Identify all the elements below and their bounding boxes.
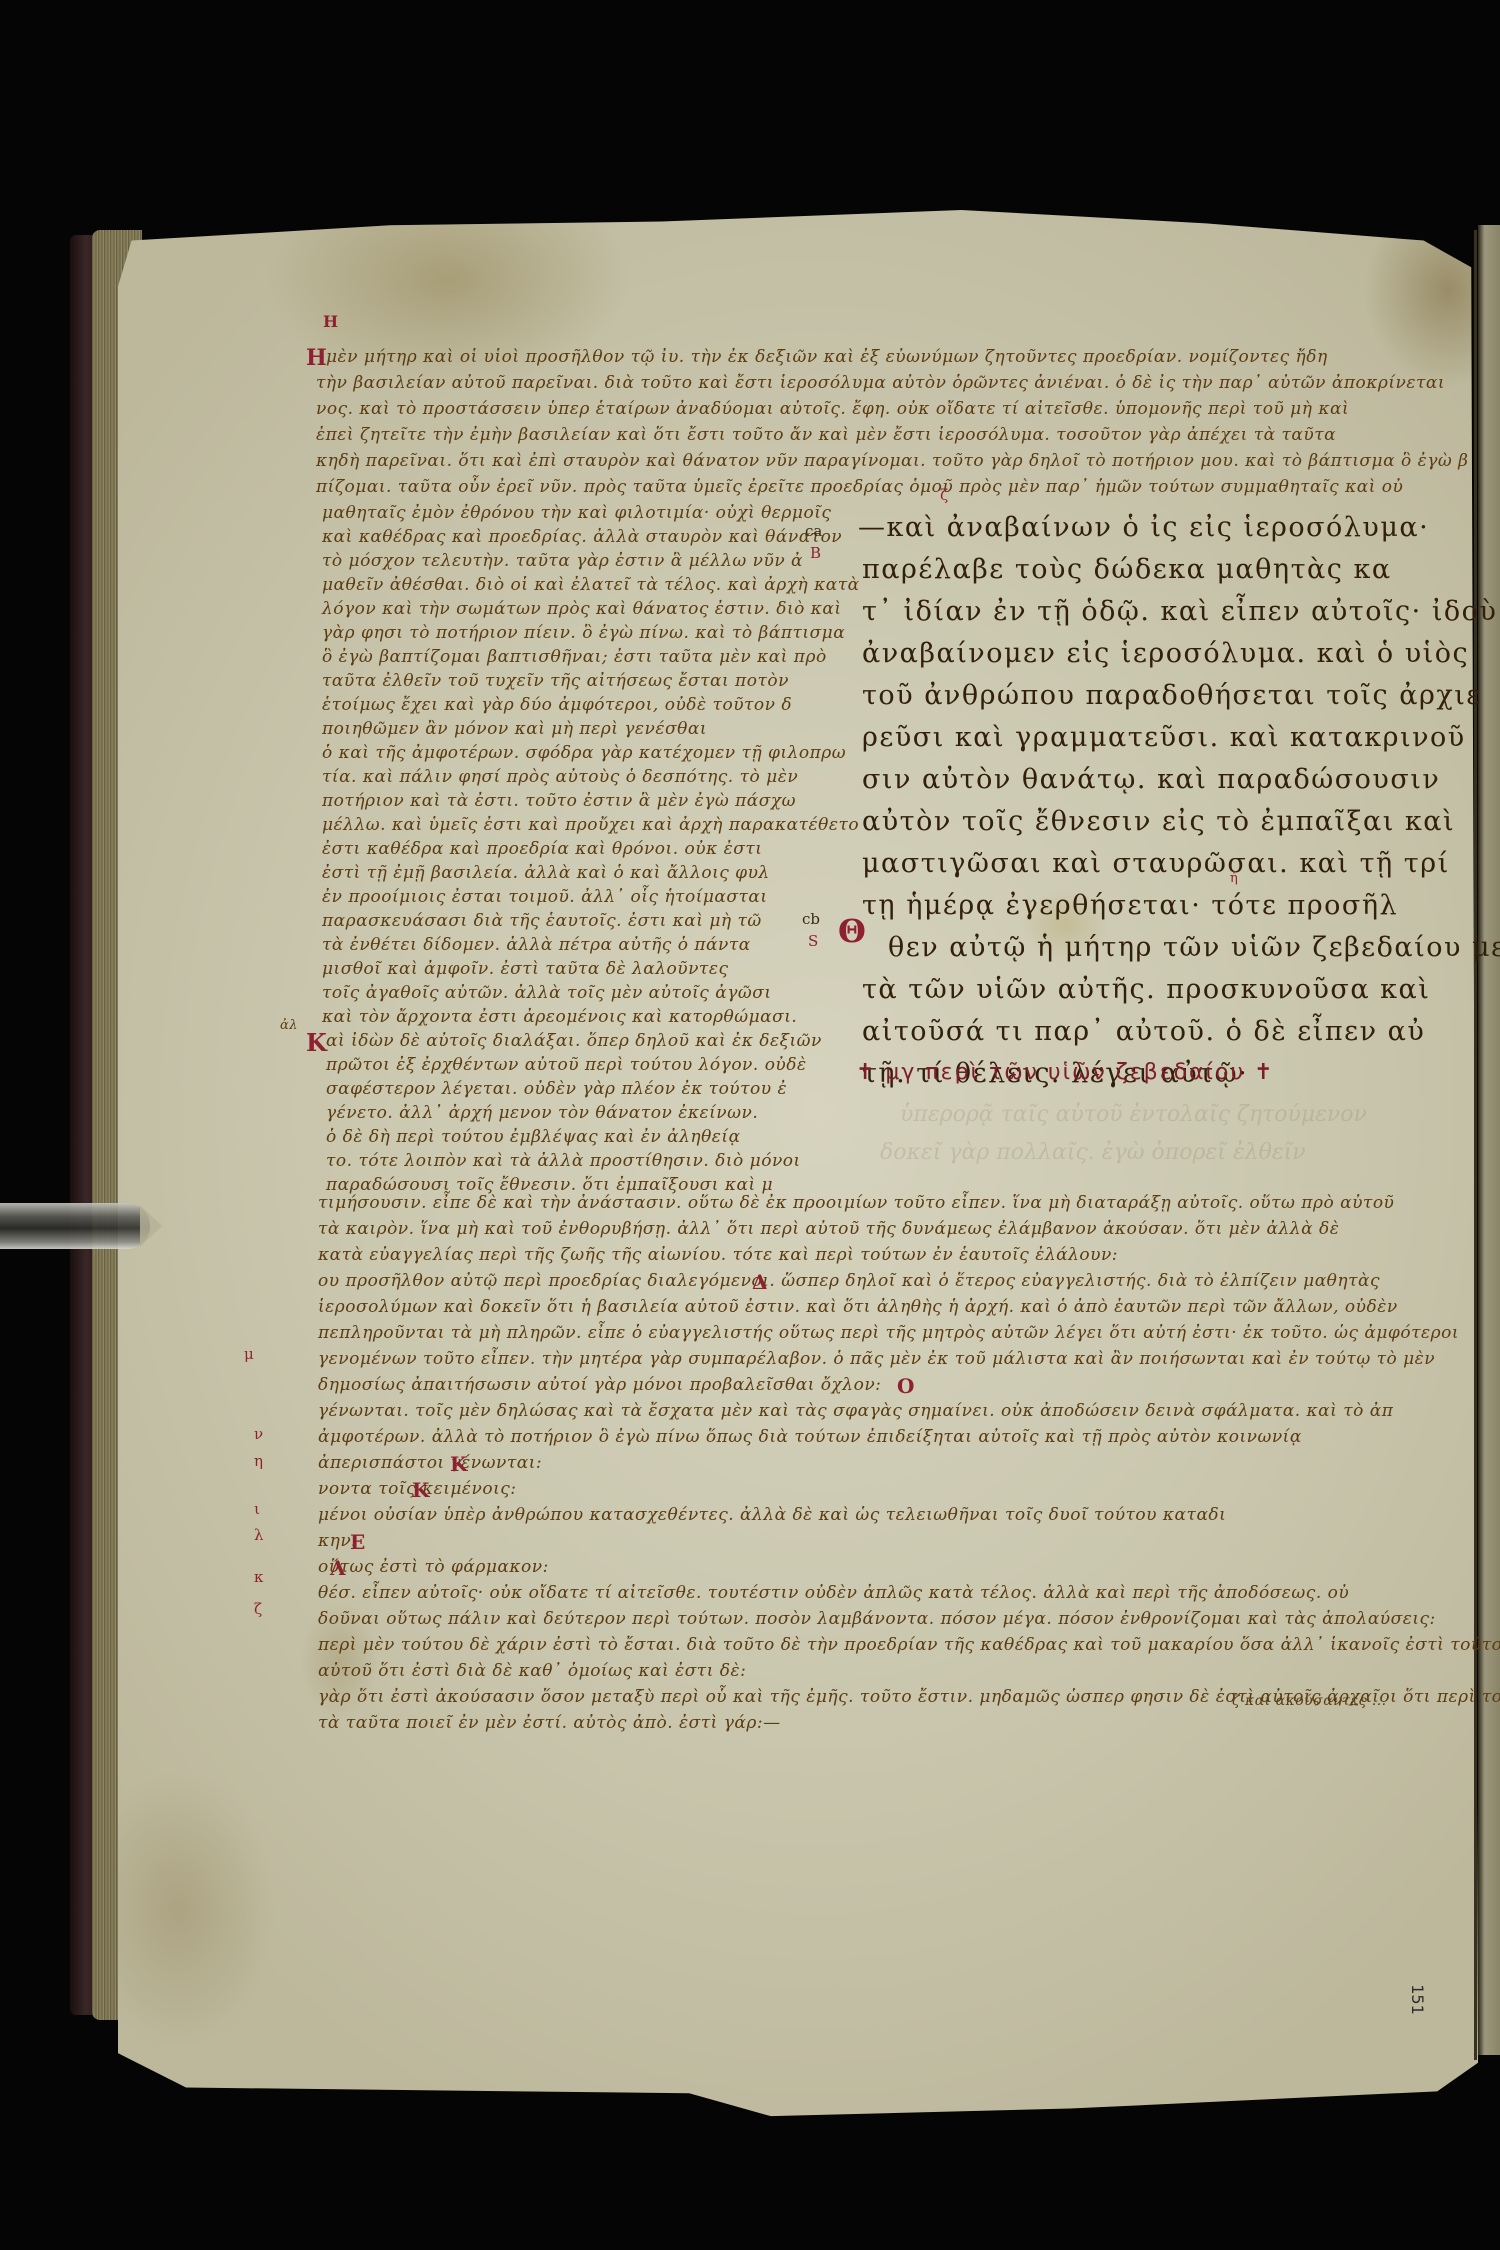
eusebian-canon-number: Β	[810, 544, 821, 562]
gospel-line: τοῦ ἀνθρώπου παραδοθήσεται τοῖς ἀρχιε	[862, 676, 1482, 716]
commentary-line: νος. καὶ τὸ προστάσσειν ὑπερ ἑταίρων ἀνα…	[316, 398, 1349, 420]
commentary-line: ὁ καὶ τῆς ἀμφοτέρων. σφόδρα γὰρ κατέχομε…	[322, 742, 846, 764]
commentary-line: γένωνται. τοῖς μὲν δηλώσας καὶ τὰ ἔσχατα…	[318, 1400, 1393, 1422]
inline-section-marker: ἠ	[1230, 870, 1238, 888]
commentary-line: ἐστι καθέδρα καὶ προεδρία καὶ θρόνοι. οὐ…	[322, 838, 762, 860]
commentary-line: ποτήριον καὶ τὰ ἐστι. τοῦτο ἐστιν ἃ μὲν …	[322, 790, 796, 812]
commentary-line: τὴν βασιλείαν αὐτοῦ παρεῖναι. διὰ τοῦτο …	[316, 372, 1445, 394]
gospel-line: τ᾽ ἰδίαν ἐν τῇ ὁδῷ. καὶ εἶπεν αὐτοῖς· ἰδ…	[862, 592, 1497, 632]
commentary-line: μισθοῖ καὶ ἀμφοῖν. ἐστὶ ταῦτα δὲ λαλοῦντ…	[322, 958, 728, 980]
commentary-line: ἱεροσολύμων καὶ δοκεῖν ὅτι ἡ βασιλεία αὐ…	[318, 1296, 1398, 1318]
facing-page-edge	[1478, 225, 1500, 2055]
red-initial: Κ	[412, 1478, 429, 1502]
red-initial: Κ	[450, 1452, 467, 1476]
gospel-line: τὰ τῶν υἱῶν αὐτῆς. προσκυνοῦσα καὶ	[862, 970, 1430, 1010]
commentary-line: κηδὴ παρεῖναι. ὅτι καὶ ἐπὶ σταυρὸν καὶ θ…	[316, 450, 1468, 472]
commentary-line: μένοι οὐσίαν ὑπὲρ ἀνθρώπου κατασχεθέντες…	[318, 1504, 1226, 1526]
commentary-line: λόγον καὶ τὴν σωμάτων πρὸς καὶ θάνατος ἐ…	[322, 598, 842, 620]
commentary-line: γενομένων τοῦτο εἶπεν. τὴν μητέρα γὰρ συ…	[318, 1348, 1435, 1370]
commentary-line: ἑτοίμως ἔχει καὶ γὰρ δύο ἀμφότεροι, οὐδὲ…	[322, 694, 792, 716]
commentary-line: σαφέστερον λέγεται. οὐδὲν γὰρ πλέον ἐκ τ…	[326, 1078, 787, 1100]
commentary-line: πεπληροῦνται τὰ μὴ πληρῶν. εἶπε ὁ εὐαγγε…	[318, 1322, 1459, 1344]
commentary-line: ἀπερισπάστοι γένωνται:	[318, 1452, 542, 1474]
commentary-line: γὰρ φησι τὸ ποτήριον πίειν. ὃ ἐγὼ πίνω. …	[322, 622, 845, 644]
commentary-line: τιμήσουσιν. εἶπε δὲ καὶ τὴν ἀνάστασιν. ο…	[318, 1192, 1394, 1214]
gospel-section-marker: ζ	[940, 486, 948, 504]
commentary-initial: Η	[306, 345, 327, 371]
gospel-initial-theta: Θ	[838, 912, 866, 950]
commentary-line: τία. καὶ πάλιν φησί πρὸς αὐτοὺς ὁ δεσπότ…	[322, 766, 798, 788]
commentary-line: ταῦτα ἐλθεῖν τοῦ τυχεῖν τῆς αἰτήσεως ἔστ…	[322, 670, 789, 692]
ammonian-section-number: ca	[805, 522, 822, 540]
margin-number: μ	[244, 1345, 254, 1363]
commentary-line: ἐν προοίμιοις ἐσται τοιμοῦ. ἀλλ᾽ οἷς ἡτο…	[322, 886, 768, 908]
commentary-line: ἀμφοτέρων. ἀλλὰ τὸ ποτήριον ὃ ἐγὼ πίνω ὅ…	[318, 1426, 1302, 1448]
red-initial: Δ	[752, 1270, 768, 1294]
gospel-line: παρέλαβε τοὺς δώδεκα μαθητὰς κα	[862, 550, 1392, 590]
commentary-line: καὶ τὸν ἄρχοντα ἐστι ἀρεομένοις καὶ κατο…	[322, 1006, 797, 1028]
margin-number: ν	[254, 1425, 263, 1443]
commentary-line: ὃ ἐγὼ βαπτίζομαι βαπτισθῆναι; ἐστι ταῦτα…	[322, 646, 827, 668]
commentary-line: μαθηταῖς ἐμὸν ἐθρόνου τὴν καὶ φιλοτιμία·…	[322, 502, 831, 524]
red-initial: Λ	[330, 1556, 346, 1580]
commentary-line: δημοσίως ἀπαιτήσωσιν αὐτοί γὰρ μόνοι προ…	[318, 1374, 881, 1396]
marginal-note: ἀλ	[280, 1015, 298, 1037]
commentary-line: τὸ μόσχον τελευτὴν. ταῦτα γὰρ ἐστιν ἃ μέ…	[322, 550, 803, 572]
red-initial: Ε	[350, 1530, 365, 1554]
margin-number: λ	[254, 1526, 264, 1544]
catchword: ζ καὶ ἀκούσαντες ...	[1232, 1690, 1387, 1712]
commentary-line: ἐπεὶ ζητεῖτε τὴν ἐμὴν βασιλείαν καὶ ὅτι …	[316, 424, 1336, 446]
commentary-line: τὰ ἐνθέτει δίδομεν. ἀλλὰ πέτρα αὐτῆς ὁ π…	[322, 934, 751, 956]
commentary-line: αὐτοῦ ὅτι ἐστὶ διὰ δὲ καθ᾽ ὁμοίως καὶ ἐσ…	[318, 1660, 746, 1682]
commentary-line: ὁ δὲ δὴ περὶ τούτου ἐμβλέψας καὶ ἐν ἀληθ…	[326, 1126, 741, 1148]
verso-showthrough: δοκεῖ γὰρ πολλαῖς. ἐγὼ ὁπορεῖ ἐλθεῖν	[880, 1140, 1306, 1165]
commentary-line: πίζομαι. ταῦτα οὖν ἐρεῖ νῦν. πρὸς ταῦτα …	[316, 476, 1403, 498]
gospel-line: τῃ ἡμέρᾳ ἐγερθήσεται· τότε προσῆλ	[862, 886, 1398, 926]
commentary-line: τὰ ταῦτα ποιεῖ ἐν μὲν ἐστί. αὐτὸς ἀπὸ. ἐ…	[318, 1712, 781, 1734]
commentary-line: καὶ καθέδρας καὶ προεδρίας. ἀλλὰ σταυρὸν…	[322, 526, 842, 548]
commentary-line: γένετο. ἀλλ᾽ ἀρχή μενον τὸν θάνατον ἐκεί…	[326, 1102, 758, 1124]
commentary-line: αὶ ἰδὼν δὲ αὐτοῖς διαλάξαι. ὅπερ δηλοῦ κ…	[326, 1030, 822, 1052]
section-marker-top: Η	[323, 312, 338, 331]
ammonian-section-number: cb	[802, 910, 820, 928]
glass-page-weight-tip	[140, 1205, 162, 1247]
commentary-initial-k: Κ	[306, 1028, 327, 1057]
chapter-rubric: ✝ μγ περὶ τῶν υἱῶν ζεβεδαίου ✝	[856, 1060, 1275, 1085]
commentary-line: ου προσῆλθον αὐτῷ περὶ προεδρίας διαλεγό…	[318, 1270, 1380, 1292]
commentary-line: μαθεῖν ἀθέσθαι. διὸ οἱ καὶ ἐλατεῖ τὰ τέλ…	[322, 574, 860, 596]
commentary-line: παρασκευάσασι διὰ τῆς ἑαυτοῖς. ἐστι καὶ …	[322, 910, 762, 932]
verso-showthrough: ὑπερορᾷ ταῖς αὐτοῦ ἐντολαῖς ζητούμενον	[900, 1102, 1367, 1127]
commentary-line: θέσ. εἶπεν αὐτοῖς· οὐκ οἴδατε τί αἰτεῖσθ…	[318, 1582, 1349, 1604]
commentary-line: δοῦναι οὕτως πάλιν καὶ δεύτερον περὶ τού…	[318, 1608, 1436, 1630]
commentary-line: περὶ μὲν τούτου δὲ χάριν ἐστὶ τὸ ἔσται. …	[318, 1634, 1500, 1656]
commentary-line: πρῶτοι ἐξ ἐρχθέντων αὐτοῦ περὶ τούτου λό…	[326, 1054, 807, 1076]
gospel-line: ρεῦσι καὶ γραμματεῦσι. καὶ κατακρινοῦ	[862, 718, 1466, 758]
gospel-line: μαστιγῶσαι καὶ σταυρῶσαι. καὶ τῇ τρί	[862, 844, 1450, 884]
gospel-line: θεν αὐτῷ ἡ μήτηρ τῶν υἱῶν ζεβεδαίου μετ	[888, 928, 1500, 968]
gospel-line: —καὶ ἀναβαίνων ὁ ἰς εἰς ἱεροσόλυμα·	[858, 508, 1429, 548]
commentary-line: κατὰ εὐαγγελίας περὶ τῆς ζωῆς τῆς αἰωνίο…	[318, 1244, 1118, 1266]
commentary-line: μὲν μήτηρ καὶ οἱ υἱοὶ προσῆλθον τῷ ἰυ. τ…	[326, 346, 1328, 368]
commentary-line: ἐστὶ τῇ ἐμῇ βασιλεία. ἀλλὰ καὶ ὁ καὶ ἄλλ…	[322, 862, 770, 884]
gutter-line	[1474, 230, 1477, 2060]
commentary-line: τοῖς ἀγαθοῖς αὐτῶν. ἀλλὰ τοῖς μὲν αὐτοῖς…	[322, 982, 772, 1004]
gospel-line: αὐτὸν τοῖς ἔθνεσιν εἰς τὸ ἐμπαῖξαι καὶ	[862, 802, 1455, 842]
commentary-line: τὰ καιρὸν. ἵνα μὴ καὶ τοῦ ἐνθορυβήσῃ. ἀλ…	[318, 1218, 1339, 1240]
commentary-line: οὕτως ἐστὶ τὸ φάρμακον:	[318, 1556, 549, 1578]
commentary-line: ποιηθῶμεν ἂν μόνον καὶ μὴ περὶ γενέσθαι	[322, 718, 707, 740]
margin-number: κ	[254, 1568, 263, 1586]
eusebian-canon-number: S	[808, 932, 818, 950]
red-initial: Ο	[897, 1374, 914, 1398]
margin-number: ι	[254, 1500, 260, 1518]
gospel-line: αἰτοῦσά τι παρ᾽ αὐτοῦ. ὁ δὲ εἶπεν αὐ	[862, 1012, 1425, 1052]
gospel-line: ἀναβαίνομεν εἰς ἱεροσόλυμα. καὶ ὁ υἱὸς	[862, 634, 1469, 674]
folio-number: 151	[1408, 1984, 1427, 2015]
commentary-line: μέλλω. καὶ ὑμεῖς ἐστι καὶ προὔχει καὶ ἀρ…	[322, 814, 859, 836]
commentary-line: το. τότε λοιπὸν καὶ τὰ ἀλλὰ προστίθησιν.…	[326, 1150, 801, 1172]
margin-number: η	[254, 1452, 263, 1470]
margin-number: ζ	[254, 1600, 262, 1618]
gospel-line: σιν αὐτὸν θανάτῳ. καὶ παραδώσουσιν	[862, 760, 1440, 800]
glass-page-weight	[0, 1203, 150, 1249]
